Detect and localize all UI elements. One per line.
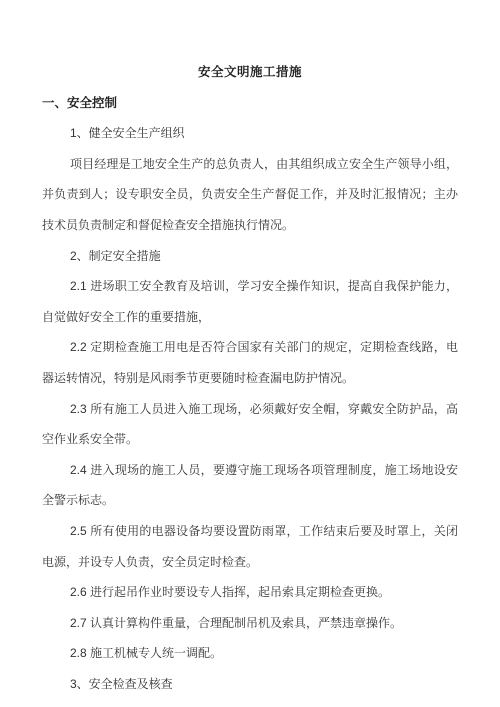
paragraph-measure-2-2: 2.2 定期检查施工用电是否符合国家有关部门的规定，定期检查线路，电器运转情况，… [42,332,458,393]
paragraph-measure-2-8: 2.8 施工机械专人统一调配。 [42,638,458,669]
paragraph-measure-2-5: 2.5 所有使用的电器设备均要设置防雨罩，工作结束后要及时罩上，关闭电源，并设专… [42,516,458,577]
paragraph-measure-2-1: 2.1 进场职工安全教育及培训，学习安全操作知识，提高自我保护能力，自觉做好安全… [42,271,458,332]
paragraph-measure-2-7: 2.7 认真计算构件重量，合理配制吊机及索具，严禁违章操作。 [42,608,458,639]
paragraph-project-manager: 项目经理是工地安全生产的总负责人，由其组织成立安全生产领导小组，并负责到人；设专… [42,149,458,241]
document-title: 安全文明施工措施 [42,57,458,88]
subheading-safety-measures: 2、制定安全措施 [42,241,458,272]
subheading-safety-organization: 1、健全安全生产组织 [42,118,458,149]
section-heading-safety-control: 一、安全控制 [42,88,458,119]
subheading-safety-inspection: 3、安全检查及核查 [42,669,458,700]
paragraph-measure-2-6: 2.6 进行起吊作业时要设专人指挥，起吊索具定期检查更换。 [42,577,458,608]
paragraph-measure-2-4: 2.4 进入现场的施工人员，要遵守施工现场各项管理制度，施工场地设安全警示标志。 [42,455,458,516]
document-page: 安全文明施工措施 一、安全控制 1、健全安全生产组织 项目经理是工地安全生产的总… [0,0,500,707]
paragraph-measure-2-3: 2.3 所有施工人员进入施工现场，必须戴好安全帽，穿戴安全防护品，高空作业系安全… [42,394,458,455]
